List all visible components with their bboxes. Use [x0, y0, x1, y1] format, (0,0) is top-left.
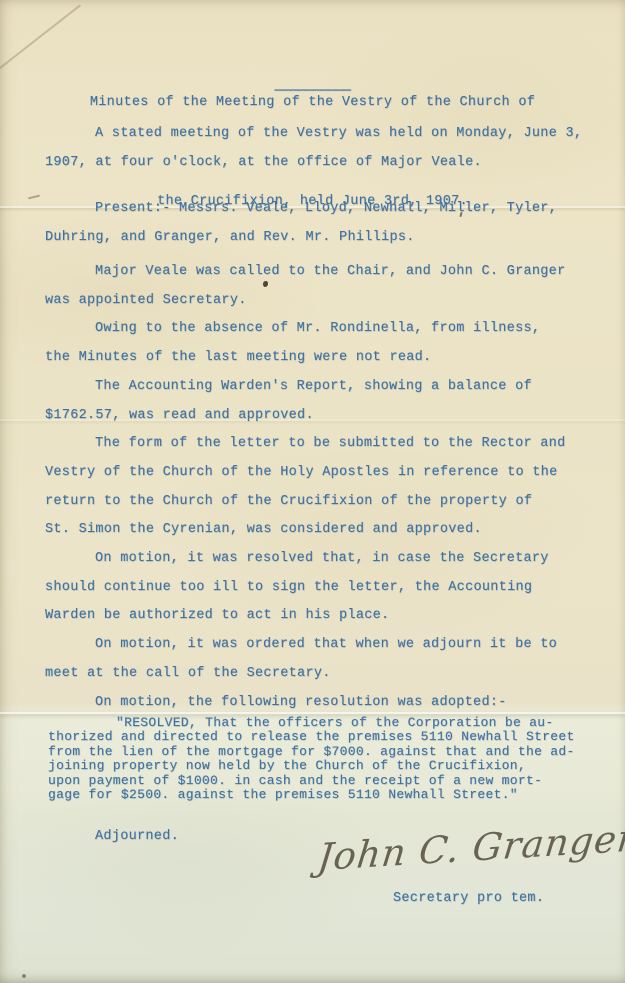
typed-line: upon payment of $1000. in cash and the r…	[48, 774, 610, 788]
resolution-block: "RESOLVED, That the officers of the Corp…	[48, 716, 610, 802]
signature-role: Secretary pro tem.	[393, 891, 544, 906]
typed-divider: ──────────	[0, 84, 625, 99]
typed-line: 1907, at four o'clock, at the office of …	[45, 148, 600, 177]
typed-line: Present:- Messrs. Veale, Lloyd, Newhall,…	[45, 194, 600, 223]
ink-speck	[22, 974, 26, 978]
document-sheet: Minutes of the Meeting of the Vestry of …	[0, 0, 625, 983]
typed-line: gage for $2500. against the premises 511…	[48, 788, 610, 802]
typed-line: the Minutes of the last meeting were not…	[45, 344, 605, 373]
typed-line: On motion, it was ordered that when we a…	[45, 631, 605, 660]
typed-line: joining property now held by the Church …	[48, 759, 610, 773]
typed-line: from the lien of the mortgage for $7000.…	[48, 745, 610, 759]
typed-line: return to the Church of the Crucifixion …	[45, 488, 605, 517]
typed-line: should continue too ill to sign the lett…	[45, 574, 605, 603]
typed-line: Vestry of the Church of the Holy Apostle…	[45, 459, 605, 488]
typed-line: thorized and directed to release the pre…	[48, 730, 610, 744]
typed-line: Warden be authorized to act in his place…	[45, 602, 605, 631]
typed-line: Owing to the absence of Mr. Rondinella, …	[45, 315, 605, 344]
typed-line: meet at the call of the Secretary.	[45, 660, 605, 689]
typed-line: St. Simon the Cyrenian, was considered a…	[45, 516, 605, 545]
typed-line: Duhring, and Granger, and Rev. Mr. Phill…	[45, 223, 600, 252]
typed-line: The Accounting Warden's Report, showing …	[45, 373, 605, 402]
intro-paragraph: A stated meeting of the Vestry was held …	[45, 119, 600, 177]
typed-line: Major Veale was called to the Chair, and…	[45, 258, 605, 287]
typed-line: A stated meeting of the Vestry was held …	[45, 119, 600, 148]
typed-line: was appointed Secretary.	[45, 287, 605, 316]
adjourned-line: Adjourned.	[95, 829, 179, 844]
typed-line: $1762.57, was read and approved.	[45, 402, 605, 431]
present-paragraph: Present:- Messrs. Veale, Lloyd, Newhall,…	[45, 194, 600, 252]
body-paragraphs: Major Veale was called to the Chair, and…	[45, 258, 605, 717]
typed-line: On motion, the following resolution was …	[45, 689, 605, 718]
typed-line: The form of the letter to be submitted t…	[45, 430, 605, 459]
typed-line: "RESOLVED, That the officers of the Corp…	[48, 716, 610, 730]
handwritten-signature: John C. Granger,	[316, 817, 620, 879]
typed-line: On motion, it was resolved that, in case…	[45, 545, 605, 574]
